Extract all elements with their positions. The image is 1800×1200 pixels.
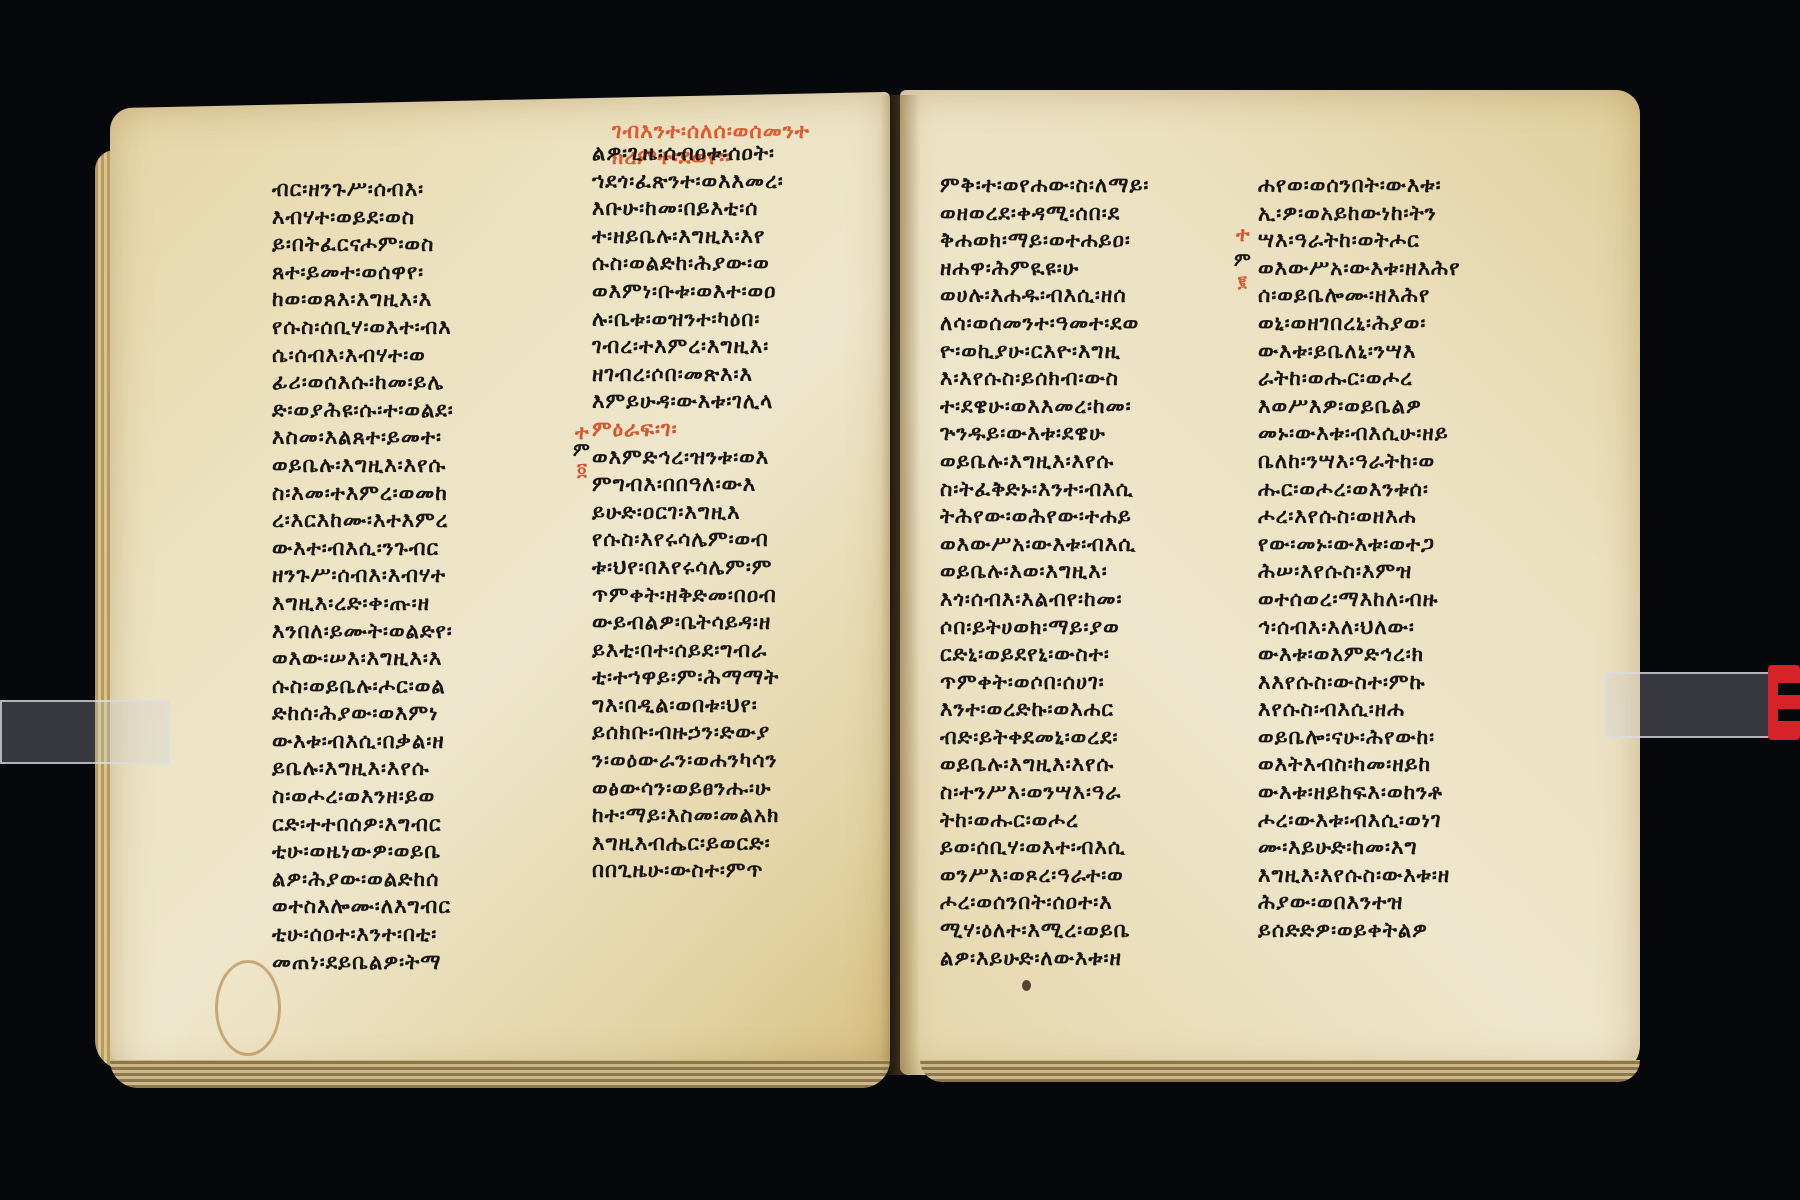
text-line: እንተ፡ወረድኩ፡ወእሐር bbox=[940, 696, 1149, 724]
text-line: የሱስ፡ሰቢሃ፡ወእተ፡ብእ bbox=[272, 314, 454, 342]
text-line: ሉ፡ቤቱ፡ወዝንተ፡ካዕበ፡ bbox=[592, 306, 784, 334]
left-page-holder-strip bbox=[0, 700, 169, 764]
text-line: ሕሠ፡እየሱስ፡እምዝ bbox=[1258, 558, 1460, 586]
text-line: ወሀሉ፡እሐዱ፡ብእሲ፡ዘሰ bbox=[940, 282, 1149, 310]
text-line: ድከሰ፡ሕያው፡ወእምነ bbox=[272, 700, 454, 728]
text-line: ሑር፡ወሖረ፡ወእንቱሰ፡ bbox=[1258, 476, 1460, 504]
text-line: እየሱስ፡ብእሲ፡ዘሐ bbox=[1258, 696, 1460, 724]
left-page-column-2: ልዎ፡ጊዜ፡ሰብዐቱ፡ሰዐት፡ኀደጎ፡ፈጽንተ፡ወእእመረ፡እቡሁ፡ከመ፡በይእ… bbox=[592, 140, 784, 885]
text-line: ሙ፡እይሁድ፡ከመ፡እግ bbox=[1258, 834, 1460, 862]
text-line: ፊሪ፡ወሰእሱ፡ከመ፡ይሌ bbox=[272, 369, 454, 397]
text-line: ስ፡ተንሥእ፡ወንሣእ፡ዓራ bbox=[940, 779, 1149, 807]
text-line: ሱስ፡ወልድከ፡ሕያው፡ወ bbox=[592, 250, 784, 278]
text-line: ብድ፡ይትቀደመኒ፡ወረደ፡ bbox=[940, 724, 1149, 752]
text-line: ልዎ፡ሕያው፡ወልድከሰ bbox=[272, 866, 454, 894]
text-line: ብር፡ዘንጉሥ፡ሰብእ፡ bbox=[272, 176, 454, 204]
text-line: ሚሃ፡ዕለተ፡እሚረ፡ወይቤ bbox=[940, 917, 1149, 945]
text-line: እጎ፡ሰብእ፡እልብየ፡ከመ፡ bbox=[940, 586, 1149, 614]
text-line: ርድኒ፡ወይደየኒ፡ውስተ፡ bbox=[940, 641, 1149, 669]
text-line: ወይቤሉ፡እግዚእ፡እየሱ bbox=[940, 448, 1149, 476]
page-edges-bottom-right bbox=[920, 1060, 1640, 1082]
marginal-marker: ፪ bbox=[1238, 272, 1247, 292]
text-line: እብሃተ፡ወይደ፡ወስ bbox=[272, 204, 454, 232]
right-page-column-2: ሐየወ፡ወሰንበት፡ውእቱ፡ኢ፡ዎ፡ወአይከውነከ፡ትንሣእ፡ዓራትከ፡ወትሖር… bbox=[1258, 172, 1460, 945]
text-line: ሰ፡ወይቤሎሙ፡ዘእሕየ bbox=[1258, 282, 1460, 310]
text-line: ዘገብረ፡ሶበ፡መጽእ፡እ bbox=[592, 361, 784, 389]
text-line: ልዎ፡እይሁድ፡ለውእቱ፡ዘ bbox=[940, 945, 1149, 973]
text-line: ሶበ፡ይትሀወክ፡ማይ፡ያወ bbox=[940, 614, 1149, 642]
text-line: ልዎ፡ጊዜ፡ሰብዐቱ፡ሰዐት፡ bbox=[592, 140, 784, 168]
text-line: ድ፡ወያሕዩ፡ሱ፡ተ፡ወልደ፡ bbox=[272, 397, 454, 425]
text-line: ወእው፡ሠእ፡እግዚእ፡እ bbox=[272, 645, 454, 673]
text-line: ጸተ፡ይመተ፡ወሰዋየ፡ bbox=[272, 259, 454, 287]
text-line: ሖረ፡እየሱስ፡ወዘእሐ bbox=[1258, 503, 1460, 531]
manuscript-photo: ገብእንተ፡ሰለሰ፡ወሰመንተ ክረምተ፡ደወየ፡፡ ብር፡ዘንጉሥ፡ሰብእ፡እ… bbox=[0, 0, 1800, 1200]
text-line: ምግብእ፡በበዓለ፡ውእ bbox=[592, 471, 784, 499]
text-line: ትሕየው፡ወሕየው፡ተሐይ bbox=[940, 503, 1149, 531]
text-line: ወእውሥአ፡ውእቱ፡ብእሲ bbox=[940, 531, 1149, 559]
text-line: መኑ፡ውእቱ፡ብእሲሁ፡ዘይ bbox=[1258, 420, 1460, 448]
text-line: ወንሥእ፡ወጾረ፡ዓራተ፡ወ bbox=[940, 862, 1149, 890]
right-page-holder-strip bbox=[1605, 672, 1784, 738]
text-line: ወእምድኅረ፡ዝንቱ፡ወእ bbox=[592, 444, 784, 472]
text-line: ወፅውሳን፡ወይፀንሑ፡ሁ bbox=[592, 775, 784, 803]
text-line: ወተስእሎሙ፡ለእግብር bbox=[272, 893, 454, 921]
text-line: ምቅ፡ተ፡ወየሐው፡ስ፡ለማይ፡ bbox=[940, 172, 1149, 200]
text-line: ተ፡ደዌሁ፡ወእእመረ፡ከመ፡ bbox=[940, 393, 1149, 421]
text-line: ቲሁ፡ወዜነውዎ፡ወይቤ bbox=[272, 838, 454, 866]
text-line: ኀደጎ፡ፈጽንተ፡ወእእመረ፡ bbox=[592, 168, 784, 196]
text-line: ውእቱ፡ይቤለኒ፡ንሣእ bbox=[1258, 338, 1460, 366]
text-line: ወእምነ፡ቡቱ፡ወእተ፡ወዐ bbox=[592, 278, 784, 306]
text-line: ወእትእብስ፡ከመ፡ዘይከ bbox=[1258, 751, 1460, 779]
text-line: ከወ፡ወጸእ፡እግዚእ፡እ bbox=[272, 286, 454, 314]
text-line: ዘንጉሥ፡ሰብእ፡እብሃተ bbox=[272, 562, 454, 590]
text-line: ጥምቀት፡ዘቅድመ፡በዐብ bbox=[592, 582, 784, 610]
text-line: ከተ፡ማይ፡እስመ፡መልአክ bbox=[592, 802, 784, 830]
text-line: ረ፡እርእከሙ፡እተእምረ bbox=[272, 507, 454, 535]
text-line: ሕያው፡ወበእንተዝ bbox=[1258, 889, 1460, 917]
text-line: እወሥእዎ፡ወይቤልዎ bbox=[1258, 393, 1460, 421]
text-line: ውእተ፡ብእሲ፡ንጉብር bbox=[272, 535, 454, 563]
text-line: ኢ፡ዎ፡ወአይከውነከ፡ትን bbox=[1258, 200, 1460, 228]
ink-spot bbox=[1022, 980, 1031, 991]
text-line: ዮ፡ወኪያሁ፡ርእዮ፡እግዚ bbox=[940, 338, 1149, 366]
text-line: ወእውሥአ፡ውእቱ፡ዘእሕየ bbox=[1258, 255, 1460, 283]
page-edges-bottom-left bbox=[110, 1060, 890, 1088]
text-line: ሐየወ፡ወሰንበት፡ውእቱ፡ bbox=[1258, 172, 1460, 200]
text-line: መጠነ፡ደይቤልዎ፡ትማ bbox=[272, 949, 454, 977]
text-line: ስ፡ትፈቅድኑ፡እንተ፡ብእሲ bbox=[940, 476, 1149, 504]
text-line: እግዚእብሔር፡ይወርድ፡ bbox=[592, 830, 784, 858]
text-line: እምይሁዳ፡ውእቱ፡ገሊላ bbox=[592, 388, 784, 416]
text-line: እእየሱስ፡ውስተ፡ምኩ bbox=[1258, 669, 1460, 697]
text-line: ን፡ወዕውራን፡ወሐንካሳን bbox=[592, 747, 784, 775]
marginal-marker: ፬ bbox=[577, 460, 587, 481]
text-line: ውይብልዎ፡ቤትሳይዳ፡ዘ bbox=[592, 609, 784, 637]
text-line: ወይቤሉ፡እግዚእ፡እየሱ bbox=[940, 751, 1149, 779]
text-line: ወይቤሎ፡ናሁ፡ሕየውከ፡ bbox=[1258, 724, 1460, 752]
text-line: ጥምቀት፡ወሶበ፡ሰሀገ፡ bbox=[940, 669, 1149, 697]
left-page-column-1: ብር፡ዘንጉሥ፡ሰብእ፡እብሃተ፡ወይደ፡ወስይ፡በትፈርናሖም፡ወስጸተ፡ይመ… bbox=[272, 176, 454, 976]
text-line: ሴ፡ሰብእ፡እብሃተ፡ወ bbox=[272, 342, 454, 370]
text-line: እቡሁ፡ከመ፡በይእቲ፡ሰ bbox=[592, 195, 784, 223]
text-line: ትከ፡ወሑር፡ወሖረ bbox=[940, 807, 1149, 835]
text-line: ርድ፡ተተበሰዎ፡እግብር bbox=[272, 811, 454, 839]
text-line: ሖረ፡ውእቱ፡ብእሲ፡ወነገ bbox=[1258, 807, 1460, 835]
text-line: በበጊዜሁ፡ውስተ፡ምጥ bbox=[592, 857, 784, 885]
text-line: ለሳ፡ወሰመንተ፡ዓመተ፡ደወ bbox=[940, 310, 1149, 338]
text-line: ግእ፡በዲል፡ወበቱ፡ህየ፡ bbox=[592, 692, 784, 720]
text-line: ገብረ፡ተእምረ፡እግዚእ፡ bbox=[592, 333, 784, 361]
text-line: ወኒ፡ወዘገበረኒ፡ሕያወ፡ bbox=[1258, 310, 1460, 338]
text-line: ቱ፡ህየ፡በእየሩሳሌም፡ም bbox=[592, 554, 784, 582]
text-line: እንበለ፡ይሙት፡ወልድየ፡ bbox=[272, 618, 454, 646]
text-line: ኅ፡ሰብእ፡እለ፡ህለው፡ bbox=[1258, 614, 1460, 642]
text-line: ወዘወረደ፡ቀዳሚ፡ሰበ፡ደ bbox=[940, 200, 1149, 228]
text-line: ይወ፡ሰቢሃ፡ወእተ፡ብእሲ bbox=[940, 834, 1149, 862]
text-line: ሖረ፡ወሰንበት፡ሰዐተ፡እ bbox=[940, 889, 1149, 917]
text-line: ተ፡ዘይቤሉ፡እግዚእ፡እየ bbox=[592, 223, 784, 251]
text-line: ወተሰወረ፡ማእከለ፡ብዙ bbox=[1258, 586, 1460, 614]
text-line: ይሰክቡ፡ብዙኃን፡ድውያ bbox=[592, 719, 784, 747]
text-line: የሱስ፡እየሩሳሌም፡ወብ bbox=[592, 526, 784, 554]
red-clip bbox=[1768, 665, 1800, 740]
text-line: ወይቤሉ፡እወ፡እግዚእ፡ bbox=[940, 558, 1149, 586]
text-line: ይሰድድዎ፡ወይቀትልዎ bbox=[1258, 917, 1460, 945]
text-line: ዘሐዋ፡ሕምዪዩ፡ሁ bbox=[940, 255, 1149, 283]
text-line: ቲሁ፡ሰዐተ፡እንተ፡በቲ፡ bbox=[272, 921, 454, 949]
text-line: ጕንዱይ፡ውእቱ፡ደዌሁ bbox=[940, 420, 1149, 448]
text-line: ይእቲ፡በተ፡ሰይደ፡ግብራ bbox=[592, 637, 784, 665]
text-line: ወይቤሉ፡እግዚእ፡እየሱ bbox=[272, 452, 454, 480]
text-line: ቤለከ፡ንሣእ፡ዓራትከ፡ወ bbox=[1258, 448, 1460, 476]
text-line: እስመ፡እልጸተ፡ይመተ፡ bbox=[272, 424, 454, 452]
text-line: ሱስ፡ወይቤሉ፡ሖር፡ወል bbox=[272, 673, 454, 701]
text-line: ስ፡እመ፡ተእምረ፡ወመከ bbox=[272, 480, 454, 508]
text-line: ይ፡በትፈርናሖም፡ወስ bbox=[272, 231, 454, 259]
text-line: ራትከ፡ወሑር፡ወሖረ bbox=[1258, 365, 1460, 393]
text-line: ቲ፡ተኀዋይ፡ም፡ሕማማት bbox=[592, 664, 784, 692]
text-line: የው፡መኑ፡ውእቱ፡ወተጋ bbox=[1258, 531, 1460, 559]
text-line: ሣእ፡ዓራትከ፡ወትሖር bbox=[1258, 227, 1460, 255]
text-line: ውእቱ፡ወእምድኅረ፡ክ bbox=[1258, 641, 1460, 669]
marginal-marker: ተ bbox=[1236, 222, 1250, 246]
marginal-marker: ም bbox=[573, 440, 590, 461]
text-line: እግዚእ፡እየሱስ፡ውእቱ፡ዘ bbox=[1258, 862, 1460, 890]
text-line: ምዕራፍ፡ገ፡ bbox=[592, 416, 784, 444]
text-line: ይሁድ፡ዐርገ፡እግዚእ bbox=[592, 499, 784, 527]
text-line: ቅሐወክ፡ማይ፡ወተሐይዐ፡ bbox=[940, 227, 1149, 255]
text-line: ውእቱ፡ብእሲ፡በቃል፡ዘ bbox=[272, 728, 454, 756]
book-gutter bbox=[880, 95, 920, 1075]
marginal-marker: ም bbox=[1234, 250, 1251, 271]
right-page-column-1: ምቅ፡ተ፡ወየሐው፡ስ፡ለማይ፡ወዘወረደ፡ቀዳሚ፡ሰበ፡ደቅሐወክ፡ማይ፡ወተ… bbox=[940, 172, 1149, 972]
text-line: ስ፡ወሖረ፡ወእንዘ፡ይወ bbox=[272, 783, 454, 811]
text-line: እግዚእ፡ረድ፡ቀ፡ጡ፡ዘ bbox=[272, 590, 454, 618]
text-line: እ፡እየሱስ፡ይሰክብ፡ውስ bbox=[940, 365, 1149, 393]
text-line: ይቤሉ፡እግዚእ፡እየሱ bbox=[272, 755, 454, 783]
text-line: ውእቱ፡ዘይከፍእ፡ወከንቶ bbox=[1258, 779, 1460, 807]
